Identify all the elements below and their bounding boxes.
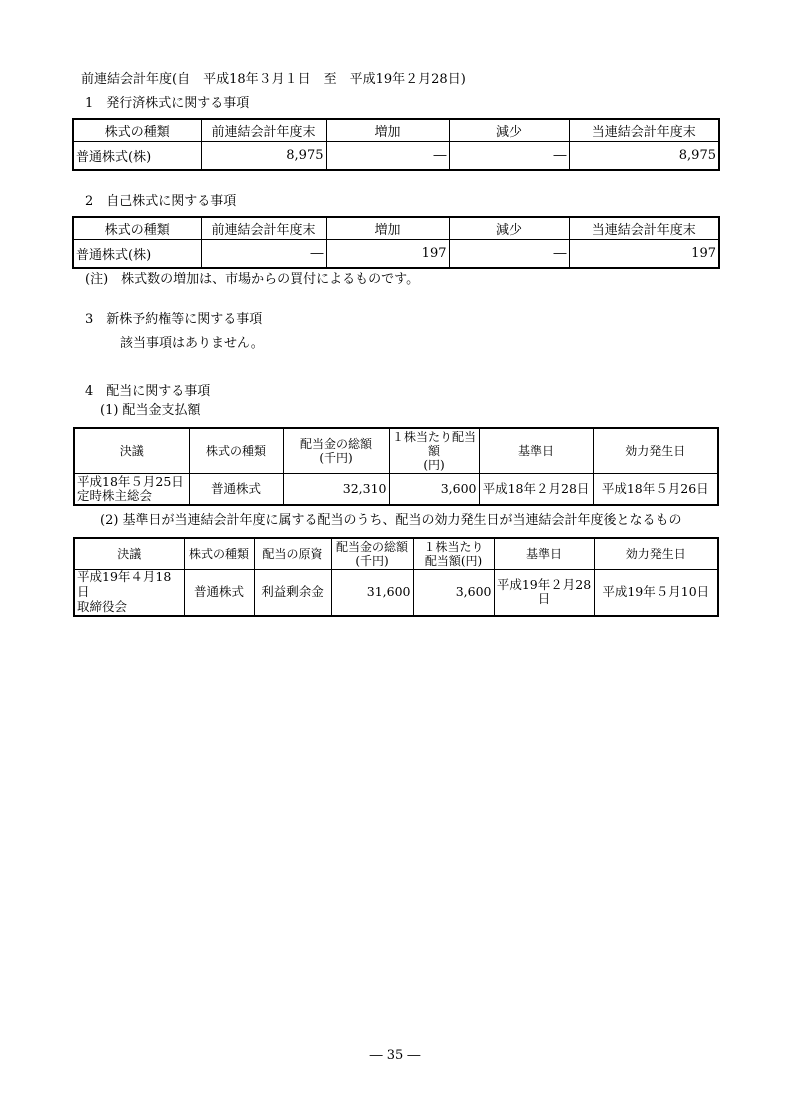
header-cell: 増加 xyxy=(326,217,449,240)
header-cell: 決議 xyxy=(74,538,184,570)
header-cell: 株式の種類 xyxy=(73,119,201,142)
data-cell: 平成18年２月28日 xyxy=(479,474,593,506)
treasury-shares-note: (注) 株式数の増加は、市場からの買付によるものです。 xyxy=(85,272,419,289)
data-cell: 普通株式 xyxy=(184,570,254,616)
dividends-after-period-heading: (2) 基準日が当連結会計年度に属する配当のうち、配当の効力発生日が当連結会計年… xyxy=(100,513,682,530)
data-cell: ― xyxy=(326,142,449,171)
section-3-heading: 3 新株予約権等に関する事項 xyxy=(85,312,262,329)
treasury-shares-table: 株式の種類 前連結会計年度末 増加 減少 当連結会計年度末 普通株式(株) ― … xyxy=(72,216,720,269)
section-2-heading: 2 自己株式に関する事項 xyxy=(85,194,236,211)
data-cell: ― xyxy=(201,240,326,269)
table-row: 平成18年５月25日 定時株主総会 普通株式 32,310 3,600 平成18… xyxy=(74,474,718,506)
data-cell: 普通株式(株) xyxy=(73,142,201,171)
section-4-heading: 4 配当に関する事項 xyxy=(85,384,210,401)
header-cell: 増加 xyxy=(326,119,449,142)
data-cell: 平成18年５月25日 定時株主総会 xyxy=(74,474,189,506)
document-page: 前連結会計年度(自 平成18年３月１日 至 平成19年２月28日) 1 発行済株… xyxy=(0,0,790,1118)
section-1-heading: 1 発行済株式に関する事項 xyxy=(85,96,249,113)
header-cell: 株式の種類 xyxy=(184,538,254,570)
header-cell: 基準日 xyxy=(479,428,593,474)
header-cell: 基準日 xyxy=(494,538,594,570)
header-cell: 効力発生日 xyxy=(593,428,718,474)
header-cell: １株当たり 配当額(円) xyxy=(413,538,494,570)
header-cell: 減少 xyxy=(449,217,569,240)
data-cell: ― xyxy=(449,142,569,171)
table-row: 普通株式(株) ― 197 ― 197 xyxy=(73,240,719,269)
header-cell: 配当金の総額 (千円) xyxy=(331,538,413,570)
header-row: 株式の種類 前連結会計年度末 増加 減少 当連結会計年度末 xyxy=(73,119,719,142)
data-cell: 8,975 xyxy=(201,142,326,171)
data-cell: 8,975 xyxy=(569,142,719,171)
header-cell: 前連結会計年度末 xyxy=(201,119,326,142)
data-cell: 32,310 xyxy=(283,474,389,506)
header-cell: 効力発生日 xyxy=(594,538,718,570)
data-cell: 3,600 xyxy=(413,570,494,616)
data-cell: 利益剰余金 xyxy=(254,570,331,616)
data-cell: 3,600 xyxy=(389,474,479,506)
table-row: 普通株式(株) 8,975 ― ― 8,975 xyxy=(73,142,719,171)
period-title: 前連結会計年度(自 平成18年３月１日 至 平成19年２月28日) xyxy=(81,72,466,89)
header-row: 決議 株式の種類 配当の原資 配当金の総額 (千円) １株当たり 配当額(円) … xyxy=(74,538,718,570)
data-cell: 普通株式(株) xyxy=(73,240,201,269)
data-cell: 197 xyxy=(326,240,449,269)
data-cell: 平成18年５月26日 xyxy=(593,474,718,506)
data-cell: ― xyxy=(449,240,569,269)
header-cell: 配当の原資 xyxy=(254,538,331,570)
data-cell: 普通株式 xyxy=(189,474,283,506)
issued-shares-table: 株式の種類 前連結会計年度末 増加 減少 当連結会計年度末 普通株式(株) 8,… xyxy=(72,118,720,171)
dividends-paid-table: 決議 株式の種類 配当金の総額 (千円) １株当たり配当額 (円) 基準日 効力… xyxy=(73,427,719,506)
dividends-after-period-table: 決議 株式の種類 配当の原資 配当金の総額 (千円) １株当たり 配当額(円) … xyxy=(73,537,719,617)
table-row: 平成19年４月18日 取締役会 普通株式 利益剰余金 31,600 3,600 … xyxy=(74,570,718,616)
header-cell: 当連結会計年度末 xyxy=(569,217,719,240)
header-row: 株式の種類 前連結会計年度末 増加 減少 当連結会計年度末 xyxy=(73,217,719,240)
dividends-paid-heading: (1) 配当金支払額 xyxy=(100,403,201,420)
header-cell: 前連結会計年度末 xyxy=(201,217,326,240)
header-cell: 配当金の総額 (千円) xyxy=(283,428,389,474)
header-cell: １株当たり配当額 (円) xyxy=(389,428,479,474)
section-3-body: 該当事項はありません。 xyxy=(120,336,264,353)
header-cell: 決議 xyxy=(74,428,189,474)
header-cell: 株式の種類 xyxy=(73,217,201,240)
header-cell: 当連結会計年度末 xyxy=(569,119,719,142)
data-cell: 197 xyxy=(569,240,719,269)
data-cell: 平成19年４月18日 取締役会 xyxy=(74,570,184,616)
data-cell: 平成19年５月10日 xyxy=(594,570,718,616)
header-cell: 株式の種類 xyxy=(189,428,283,474)
header-row: 決議 株式の種類 配当金の総額 (千円) １株当たり配当額 (円) 基準日 効力… xyxy=(74,428,718,474)
header-cell: 減少 xyxy=(449,119,569,142)
page-number: ― 35 ― xyxy=(0,1048,790,1063)
data-cell: 31,600 xyxy=(331,570,413,616)
data-cell: 平成19年２月28日 xyxy=(494,570,594,616)
